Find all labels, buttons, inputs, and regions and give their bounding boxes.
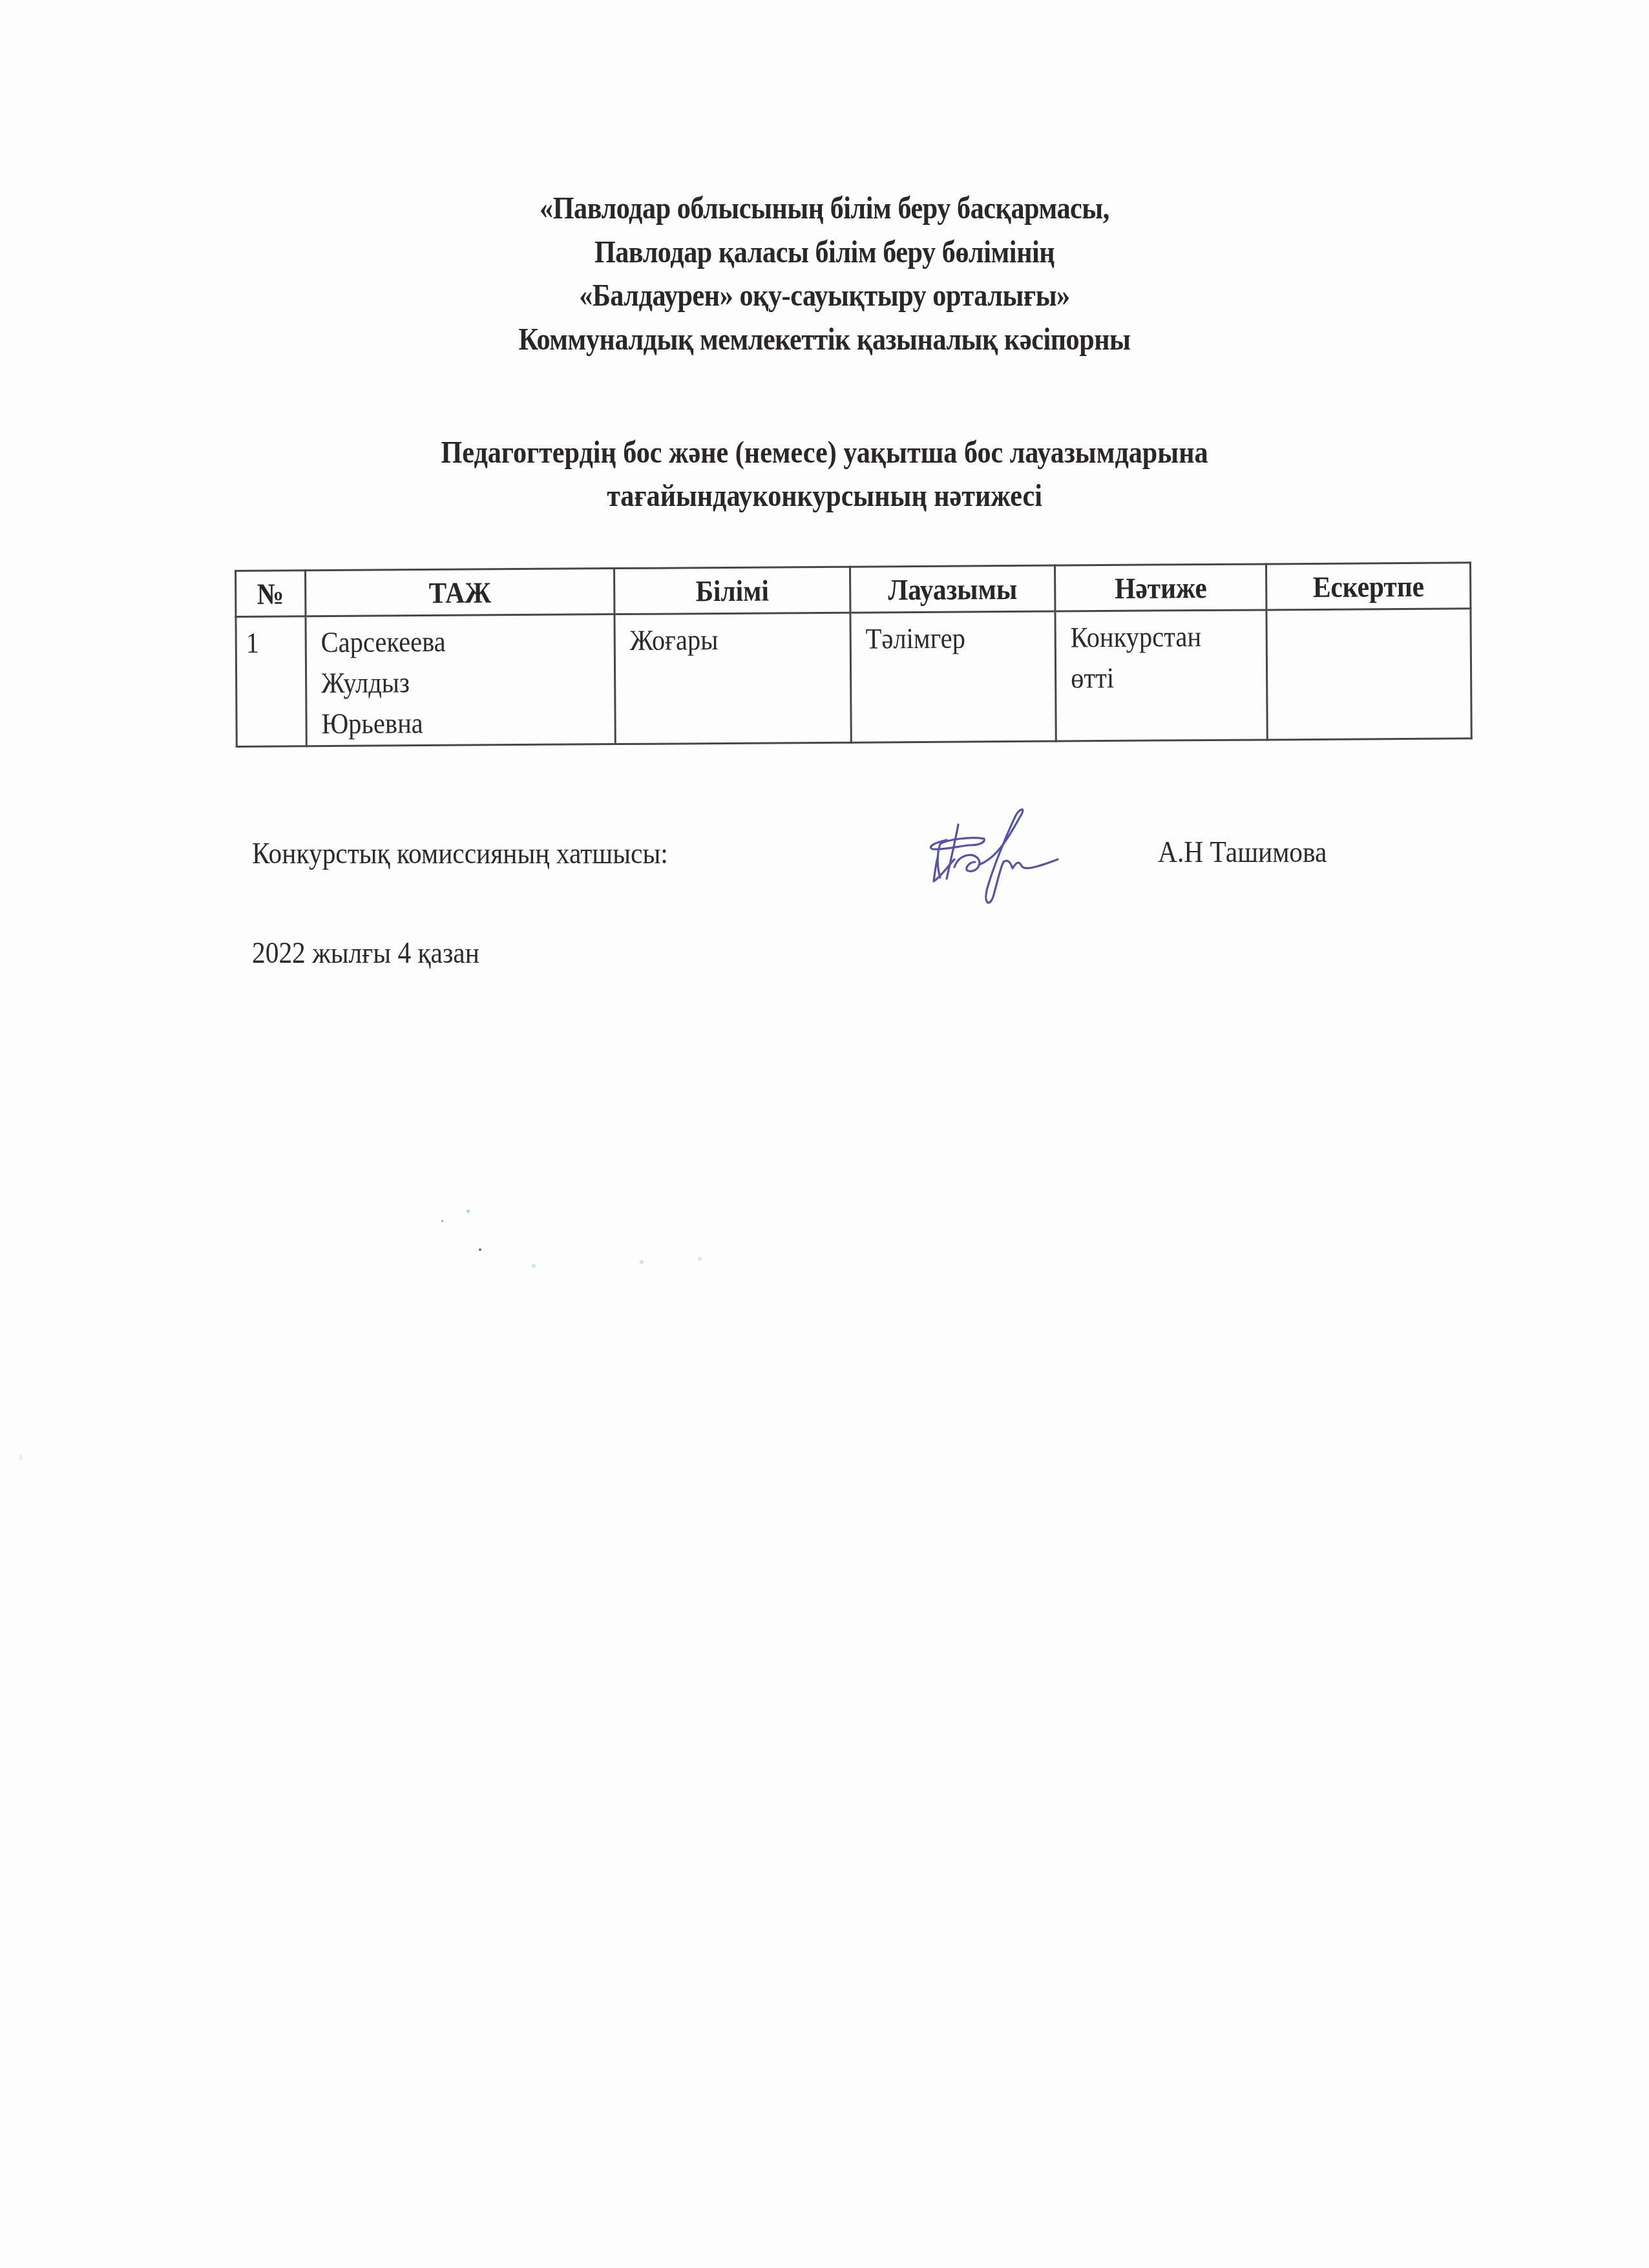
header-line-2: Павлодар қаласы білім беру бөлімінің — [116, 230, 1534, 274]
column-header-note: Ескертпе — [1266, 563, 1470, 610]
table-row: 1 Сарсекеева Жулдыз Юрьевна Жоғары Тәлім… — [236, 609, 1471, 747]
result-line-2: өтті — [1071, 657, 1202, 698]
header-line-3: «Балдаурен» оқу-сауықтыру орталығы» — [116, 273, 1534, 317]
title-line-2: тағайындауконкурсының нәтижесі — [116, 474, 1534, 517]
name-line-given: Жулдыз — [321, 662, 446, 704]
column-header-education: Білімі — [614, 567, 850, 614]
column-header-full-name: ТАЖ — [306, 569, 614, 616]
cell-full-name: Сарсекеева Жулдыз Юрьевна — [306, 614, 615, 746]
scan-speck — [698, 1257, 702, 1261]
cell-education: Жоғары — [614, 613, 851, 744]
table-header-row: № ТАЖ Білімі Лауазымы Нәтиже Ескертпе — [236, 563, 1471, 617]
cell-result: Конкурстан өтті — [1055, 610, 1267, 741]
secretary-name: А.Н Ташимова — [1158, 835, 1327, 869]
secretary-label: Конкурстық комиссияның хатшысы: — [252, 836, 668, 870]
column-header-position: Лауазымы — [850, 565, 1055, 613]
title-line-1: Педагогтердің бос және (немесе) уақытша … — [116, 430, 1534, 474]
column-header-number: № — [236, 571, 306, 617]
document-title: Педагогтердің бос және (немесе) уақытша … — [116, 430, 1534, 517]
scan-speck — [19, 1454, 22, 1460]
cell-number: 1 — [236, 616, 306, 747]
column-header-result: Нәтиже — [1055, 564, 1266, 611]
organization-header: «Павлодар облысының білім беру басқармас… — [116, 186, 1534, 361]
header-line-1: «Павлодар облысының білім беру басқармас… — [116, 186, 1534, 230]
cell-note — [1266, 609, 1471, 740]
scan-speck — [532, 1264, 536, 1268]
scan-speck — [467, 1210, 470, 1213]
signature-icon — [908, 800, 1089, 910]
document-page: «Павлодар облысының білім беру басқармас… — [0, 0, 1649, 2268]
result-line-1: Конкурстан — [1071, 616, 1202, 658]
scan-speck — [479, 1248, 481, 1251]
scan-speck — [640, 1260, 644, 1264]
document-date: 2022 жылғы 4 қазан — [252, 936, 479, 970]
name-line-surname: Сарсекеева — [321, 622, 446, 663]
scan-speck — [441, 1220, 443, 1222]
results-table: № ТАЖ Білімі Лауазымы Нәтиже Ескертпе 1 … — [235, 562, 1473, 748]
cell-position: Тәлімгер — [850, 611, 1056, 742]
header-line-4: Коммуналдық мемлекеттік қазыналық кәсіпо… — [116, 317, 1534, 361]
name-line-patronymic: Юрьевна — [321, 703, 446, 744]
